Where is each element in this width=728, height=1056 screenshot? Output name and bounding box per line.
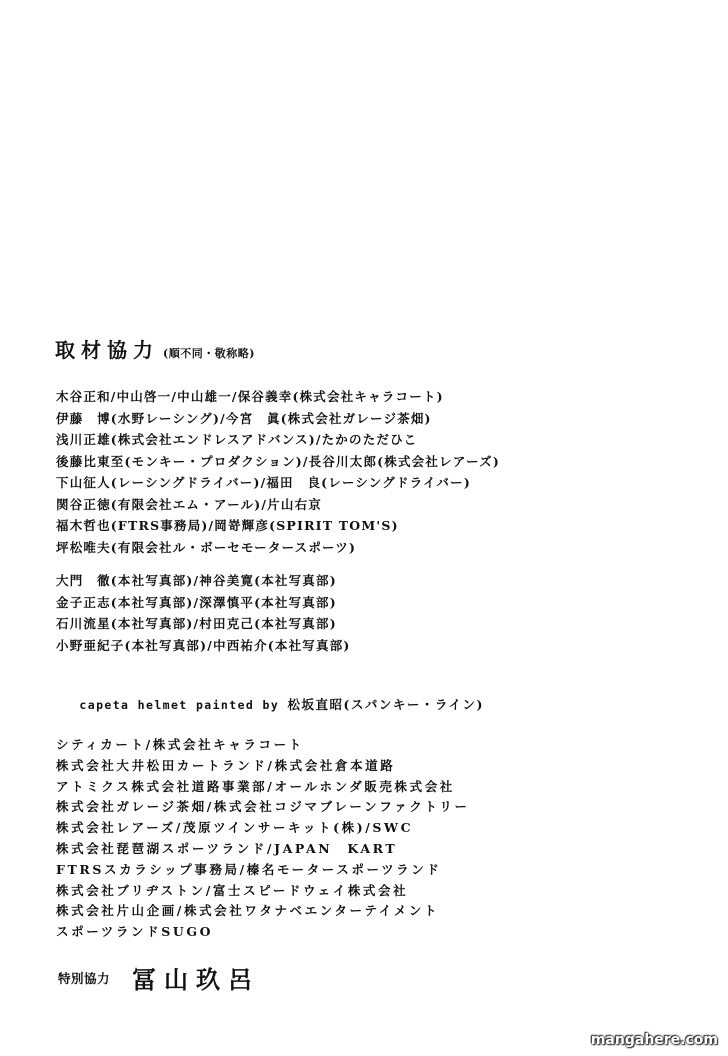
organizations-list: シティカート/株式会社キャラコート 株式会社大井松田カートランド/株式会社倉本道…	[56, 735, 470, 943]
organization-line: シティカート/株式会社キャラコート	[56, 735, 470, 756]
organization-line: アトミクス株式会社道路事業部/オールホンダ販売株式会社	[56, 777, 470, 798]
photographer-line: 小野亜紀子(本社写真部)/中西祐介(本社写真部)	[56, 635, 351, 657]
contributor-line: 福木哲也(FTRS事務局)/岡嵜輝彦(SPIRIT TOM'S)	[56, 515, 500, 537]
helmet-credit-prefix: capeta helmet painted by	[79, 698, 287, 712]
contributor-line: 伊藤 博(水野レーシング)/今宮 眞(株式会社ガレージ茶畑)	[56, 408, 500, 430]
photographers-list: 大門 徹(本社写真部)/神谷美寛(本社写真部) 金子正志(本社写真部)/深澤慎平…	[56, 570, 351, 656]
organization-line: 株式会社片山企画/株式会社ワタナベエンターテイメント	[56, 901, 470, 922]
contributor-line: 浅川正雄(株式会社エンドレスアドバンス)/たかのただひこ	[56, 429, 500, 451]
contributor-line: 後藤比東至(モンキー・プロダクション)/長谷川太郎(株式会社レアーズ)	[56, 451, 500, 473]
special-thanks-label: 特別協力	[58, 969, 110, 987]
watermark: mangahere.com	[591, 1032, 718, 1048]
organization-line: 株式会社ブリヂストン/富士スピードウェイ株式会社	[56, 881, 470, 902]
contributor-line: 坪松唯夫(有限会社ル・ボーセモータースポーツ)	[56, 537, 500, 559]
photographer-line: 大門 徹(本社写真部)/神谷美寛(本社写真部)	[56, 570, 351, 592]
contributors-list: 木谷正和/中山啓一/中山雄一/保谷義幸(株式会社キャラコート) 伊藤 博(水野レ…	[56, 386, 500, 558]
organization-line: スポーツランドSUGO	[56, 922, 470, 943]
photographer-line: 金子正志(本社写真部)/深澤慎平(本社写真部)	[56, 592, 351, 614]
credits-heading: 取材協力 (順不同・敬称略)	[55, 334, 255, 363]
organization-line: FTRSスカラシップ事務局/榛名モータースポーツランド	[56, 860, 470, 881]
photographer-line: 石川流星(本社写真部)/村田克己(本社写真部)	[56, 613, 351, 635]
credits-page: 取材協力 (順不同・敬称略) 木谷正和/中山啓一/中山雄一/保谷義幸(株式会社キ…	[0, 0, 728, 1056]
contributor-line: 木谷正和/中山啓一/中山雄一/保谷義幸(株式会社キャラコート)	[56, 386, 500, 408]
helmet-credit: capeta helmet painted by 松坂直昭(スパンキー・ライン)	[56, 680, 484, 728]
heading-title: 取材協力	[55, 334, 159, 363]
special-thanks: 特別協力 冨山玖呂	[58, 960, 260, 995]
organization-line: 株式会社ガレージ茶畑/株式会社コジマブレーンファクトリー	[56, 797, 470, 818]
heading-subtitle: (順不同・敬称略)	[163, 345, 255, 361]
special-thanks-name: 冨山玖呂	[132, 960, 260, 995]
organization-line: 株式会社大井松田カートランド/株式会社倉本道路	[56, 756, 470, 777]
helmet-credit-name: 松坂直昭(スパンキー・ライン)	[288, 697, 484, 712]
contributor-line: 下山征人(レーシングドライバー)/福田 良(レーシングドライバー)	[56, 472, 500, 494]
contributor-line: 関谷正徳(有限会社エム・アール)/片山右京	[56, 494, 500, 516]
organization-line: 株式会社レアーズ/茂原ツインサーキット(株)/SWC	[56, 818, 470, 839]
organization-line: 株式会社琵琶湖スポーツランド/JAPAN KART	[56, 839, 470, 860]
